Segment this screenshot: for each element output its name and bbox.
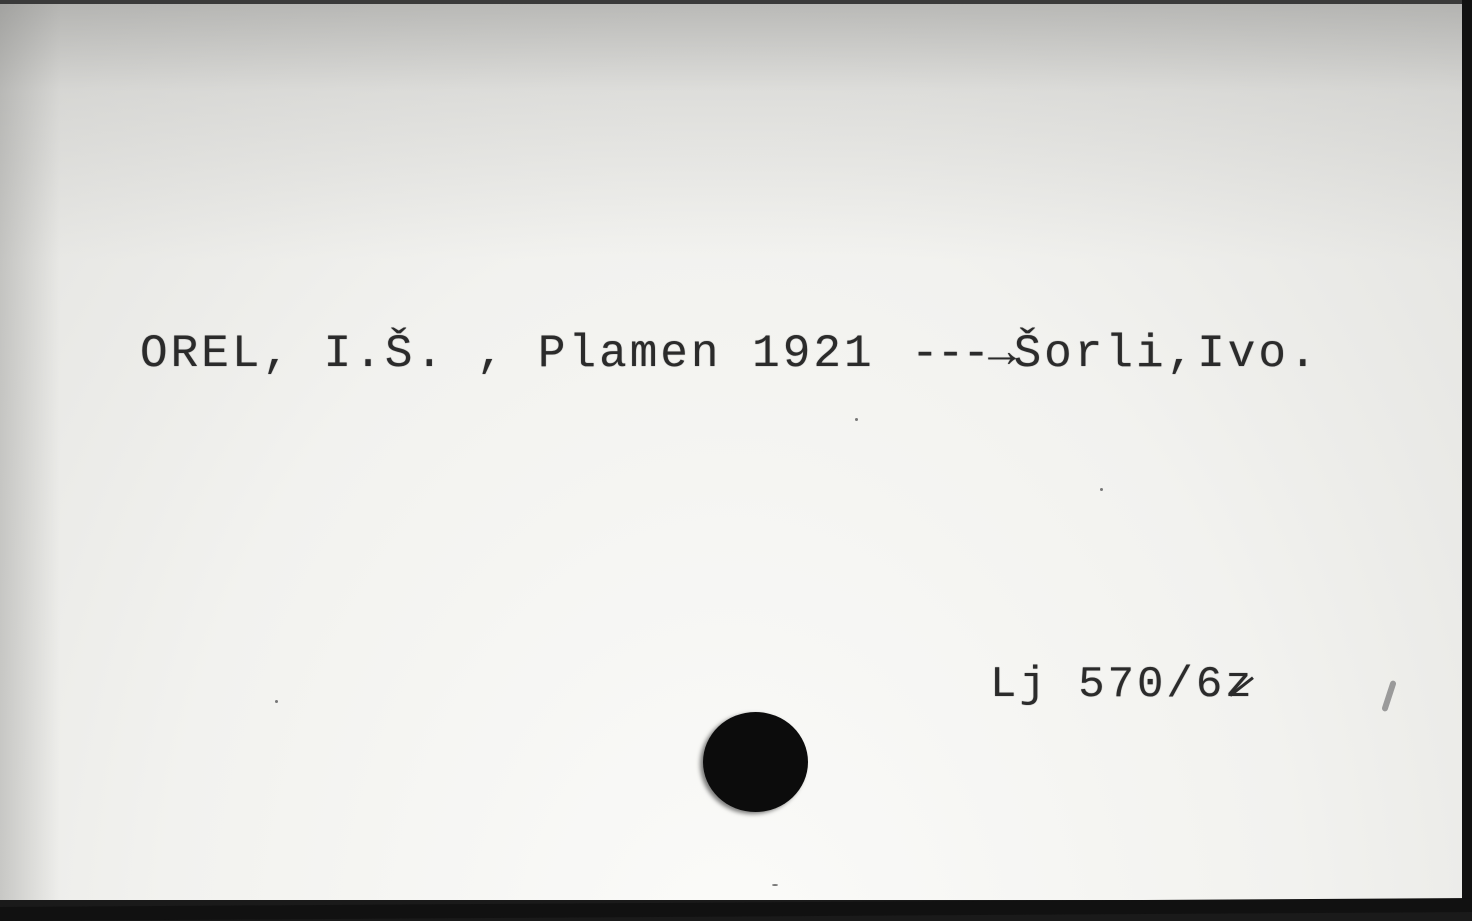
paper-speck [1100,488,1103,491]
call-number-value: 570/6 [1078,660,1225,710]
see-reference-name: Šorli,Ivo. [1014,328,1320,380]
card-edge-top [0,0,1472,4]
punch-hole-icon [703,712,808,812]
call-number-prefix: Lj [990,660,1049,710]
call-number: Lj 570/6z [990,660,1255,710]
card-entry-line: OREL, I.Š. , Plamen 1921 ---→Šorli,Ivo. [140,328,1320,380]
publication-year: 1921 [752,328,874,380]
struck-character: z [1225,660,1254,710]
work-title: Plamen [538,328,722,380]
pencil-mark-icon [1381,680,1397,712]
paper-speck [275,700,278,703]
catalog-card: OREL, I.Š. , Plamen 1921 ---→Šorli,Ivo. … [0,0,1462,900]
author-name: OREL, I.Š. [140,328,446,380]
paper-speck [772,884,778,886]
paper-speck [855,418,858,421]
card-edge-bottom [0,898,1472,912]
card-edge-right [1462,0,1472,912]
separator: , [446,328,538,380]
see-reference-arrow-icon: ---→ [911,328,1013,380]
